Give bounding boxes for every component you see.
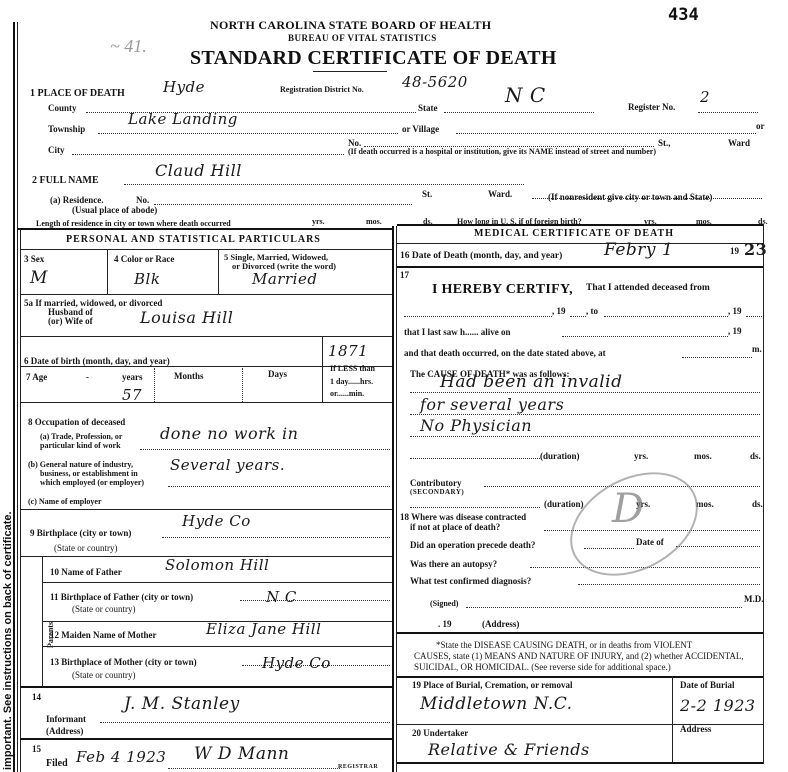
- death-occurred-label: and that death occurred, on the date sta…: [404, 348, 606, 358]
- filed-value: Feb 4 1923: [76, 748, 166, 766]
- place-of-death-label: 1 PLACE OF DEATH: [30, 88, 125, 99]
- date-of-death-label: 16 Date of Death (month, day, and year): [400, 251, 562, 261]
- father-label: 10 Name of Father: [50, 567, 122, 577]
- to-label: , to: [586, 306, 598, 316]
- signed-year: . 19: [438, 619, 452, 629]
- main-grid-top: [18, 228, 393, 230]
- father-birthplace-value: N C: [266, 588, 297, 606]
- registration-district-value: 48-5620: [402, 73, 468, 91]
- informant-address: (Address): [46, 726, 83, 736]
- place-of-death-value: Hyde: [163, 78, 205, 96]
- left-border-inner: [17, 22, 18, 772]
- stamp-mark: D: [612, 486, 644, 532]
- occupation-label: 8 Occupation of deceased: [28, 417, 125, 427]
- center-divider: [392, 226, 394, 772]
- signed-address-label: (Address): [482, 619, 519, 629]
- nonresident-note: (If nonresident give city or town and St…: [548, 192, 712, 202]
- board-title: NORTH CAROLINA STATE BOARD OF HEALTH: [210, 18, 491, 33]
- less-than-label-1: If LESS than: [330, 364, 375, 373]
- bureau-title: BUREAU OF VITAL STATISTICS: [288, 33, 437, 43]
- registration-district-label: Registration District No.: [280, 85, 364, 94]
- residence-label: (a) Residence.: [50, 195, 104, 205]
- cause-note-line-1: *State the DISEASE CAUSING DEATH, or in …: [436, 640, 692, 650]
- trade-value: done no work in: [160, 424, 298, 443]
- to-year: , 19: [728, 306, 742, 316]
- length-mos-label: mos.: [366, 217, 382, 226]
- spouse-label-1: 5a If married, widowed, or divorced: [24, 298, 162, 308]
- last-saw-year: , 19: [728, 326, 742, 336]
- certify-heading: I HEREBY CERTIFY,: [432, 282, 573, 298]
- register-value: 2: [700, 88, 710, 106]
- undertaker-label: 20 Undertaker: [412, 728, 468, 738]
- informant-value: J. M. Stanley: [124, 694, 240, 714]
- industry-value: Several years.: [170, 456, 285, 474]
- city-label: City: [48, 145, 65, 155]
- certificate-number: 434: [668, 5, 699, 25]
- mother-label: 12 Maiden Name of Mother: [50, 630, 156, 640]
- ward-label: Ward: [728, 138, 750, 148]
- informant-label: Informant: [46, 714, 86, 724]
- industry-label-1: (b) General nature of industry,: [28, 460, 133, 469]
- village-label: or Village: [402, 124, 439, 134]
- undertaker-value: Relative & Friends: [428, 740, 590, 759]
- page-title: STANDARD CERTIFICATE OF DEATH: [190, 47, 557, 70]
- signed-label: (Signed): [430, 599, 458, 608]
- certify-rest: That I attended deceased from: [586, 283, 710, 293]
- sex-value: M: [30, 268, 48, 288]
- full-name-value: Claud Hill: [155, 161, 242, 180]
- or-label: or: [756, 121, 765, 131]
- father-value: Solomon Hill: [165, 556, 269, 574]
- margin-mark: ~ 41.: [110, 36, 147, 57]
- father-birthplace-label: 11 Birthplace of Father (city or town): [50, 592, 193, 602]
- duration-ds-1: ds.: [750, 451, 761, 461]
- register-label: Register No.: [628, 102, 675, 112]
- burial-date-value: 2-2 1923: [680, 696, 756, 715]
- burial-date-label: Date of Burial: [680, 680, 735, 690]
- informant-number: 14: [32, 692, 41, 702]
- burial-place-label: 19 Place of Burial, Cremation, or remova…: [412, 680, 572, 690]
- autopsy-label: Was there an autopsy?: [410, 559, 497, 569]
- days-label: Days: [268, 369, 287, 379]
- filed-number: 15: [32, 744, 41, 754]
- residence-st-label: St.: [422, 189, 432, 199]
- duration-label-1: (duration): [540, 451, 580, 461]
- birthplace-label: 9 Birthplace (city or town): [30, 528, 131, 538]
- right-border: [763, 224, 764, 764]
- spouse-value: Louisa Hill: [140, 308, 233, 327]
- years-label: years: [122, 372, 143, 382]
- registrar-signature: W D Mann: [194, 744, 289, 764]
- cause-line-3: No Physician: [420, 416, 532, 435]
- cause-line-2: for several years: [420, 395, 564, 414]
- side-instructions: important. See instructions on back of c…: [2, 511, 15, 770]
- secondary-label: (SECONDARY): [410, 488, 464, 496]
- less-than-label-2: 1 day......hrs.: [330, 377, 373, 386]
- m-label: m.: [752, 344, 762, 354]
- duration-label-2: (duration): [544, 499, 584, 509]
- mother-value: Eliza Jane Hill: [206, 620, 321, 638]
- burial-place-value: Middletown N.C.: [420, 694, 573, 714]
- duration-mos-1: mos.: [694, 451, 712, 461]
- length-yrs-label: yrs.: [312, 217, 325, 226]
- industry-label-2: business, or establishment in: [40, 469, 138, 478]
- contributory-label: Contributory: [410, 478, 462, 488]
- duration-yrs-1: yrs.: [634, 451, 648, 461]
- residence-ward-label: Ward.: [488, 189, 512, 199]
- dob-value: 1871: [328, 342, 368, 360]
- township-label: Township: [48, 124, 85, 134]
- cause-note-line-3: SUICIDAL, OR HOMICIDAL. (See reverse sid…: [414, 662, 671, 672]
- medical-heading: MEDICAL CERTIFICATE OF DEATH: [474, 228, 674, 239]
- personal-heading: PERSONAL AND STATISTICAL PARTICULARS: [66, 234, 321, 245]
- st-label: St.,: [658, 138, 671, 148]
- marital-value: Married: [252, 270, 317, 288]
- county-label: County: [48, 103, 77, 113]
- duration-mos-2: mos.: [696, 499, 714, 509]
- mother-birthplace-value: Hyde Co: [262, 654, 331, 672]
- dob-label: 6 Date of birth (month, day, and year): [24, 356, 170, 366]
- death-year-prefix: 19: [730, 246, 739, 256]
- sex-label: 3 Sex: [24, 254, 44, 264]
- hospital-note: (If death occurred is a hospital or inst…: [348, 147, 656, 156]
- registrar-label: REGISTRAR: [338, 764, 378, 770]
- mother-birthplace-label: 13 Birthplace of Mother (city or town): [50, 657, 197, 667]
- state-label: State: [418, 103, 438, 113]
- spouse-label-3: (or) Wife of: [48, 316, 93, 326]
- date-of-death-value: Febry 1: [604, 240, 673, 260]
- filed-label: Filed: [46, 758, 68, 769]
- operation-label: Did an operation precede death?: [410, 540, 535, 550]
- duration-ds-2: ds.: [752, 499, 763, 509]
- residence-sub: (Usual place of abode): [72, 205, 157, 215]
- contracted-label-1: 18 Where was disease contracted: [400, 512, 526, 522]
- length-of-residence-label: Length of residence in city or town wher…: [36, 219, 231, 228]
- color-label: 4 Color or Race: [114, 254, 174, 264]
- title-underline: [313, 71, 387, 72]
- months-label: Months: [174, 371, 204, 381]
- test-label: What test confirmed diagnosis?: [410, 576, 531, 586]
- cause-line-1: Had been an invalid: [440, 372, 622, 392]
- state-value: N C: [505, 83, 546, 107]
- item-17: 17: [400, 270, 409, 280]
- residence-no-label: No.: [136, 195, 149, 205]
- age-dash: -: [86, 372, 89, 382]
- mother-birthplace-sub: (State or country): [72, 670, 135, 680]
- employer-label: (c) Name of employer: [28, 497, 102, 506]
- contracted-label-2: if not at place of death?: [410, 522, 500, 532]
- cause-note-line-2: CAUSES, state (1) MEANS AND NATURE OF IN…: [414, 651, 744, 661]
- from-year: , 19: [552, 306, 566, 316]
- trade-label-2: particular kind of work: [40, 441, 121, 450]
- md-label: M.D.: [744, 594, 764, 604]
- birthplace-value: Hyde Co: [182, 512, 251, 530]
- birthplace-sub: (State or country): [54, 543, 117, 553]
- age-label: 7 Age: [26, 372, 47, 382]
- less-than-label-3: or......min.: [330, 389, 364, 398]
- trade-label-1: (a) Trade, Profession, or: [40, 432, 122, 441]
- township-value: Lake Landing: [128, 110, 238, 128]
- father-birthplace-sub: (State or country): [72, 604, 135, 614]
- industry-label-3: which employed (or employer): [40, 478, 144, 487]
- undertaker-address-label: Address: [680, 724, 711, 734]
- full-name-label: 2 FULL NAME: [32, 175, 99, 186]
- last-saw-label: that I last saw h...... alive on: [404, 327, 511, 337]
- color-value: Blk: [134, 270, 160, 288]
